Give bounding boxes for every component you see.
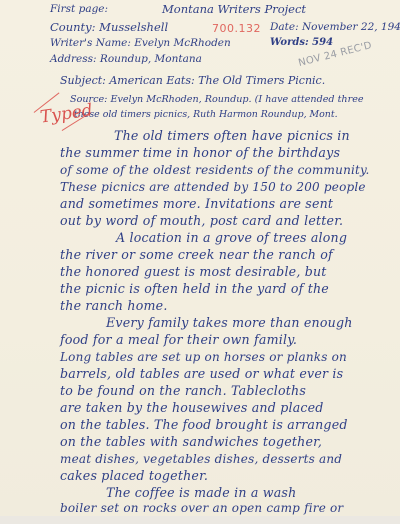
body-line: on the tables with sandwiches together,	[60, 436, 322, 449]
manuscript-page: First page: Montana Writers Project Coun…	[0, 0, 400, 524]
body-line: meat dishes, vegetables dishes, desserts…	[60, 453, 342, 465]
typed-margin-mark: Typed	[39, 100, 94, 127]
body-line: the river or some creek near the ranch o…	[60, 249, 333, 262]
body-line: on the tables. The food brought is arran…	[60, 419, 348, 432]
address-field: Address: Roundup, Montana	[50, 54, 202, 65]
body-line: Long tables are set up on horses or plan…	[60, 351, 347, 363]
body-line: The old timers often have picnics in	[114, 130, 350, 143]
body-line: and sometimes more. Invitations are sent	[60, 198, 333, 211]
body-line: A location in a grove of trees along	[116, 232, 347, 245]
body-line: of some of the oldest residents of the c…	[60, 164, 369, 176]
body-line: Every family takes more than enough	[106, 317, 353, 330]
subject-field: Subject: American Eats: The Old Timers P…	[60, 75, 325, 86]
page-label: First page:	[50, 4, 108, 15]
body-line: the picnic is often held in the yard of …	[60, 283, 329, 296]
body-line: out by word of mouth, post card and lett…	[60, 215, 343, 228]
body-line: the summer time in honor of the birthday…	[60, 147, 340, 160]
body-line: food for a meal for their own family.	[60, 334, 297, 347]
body-line: are taken by the housewives and placed	[60, 402, 324, 415]
writer-name-field: Writer's Name: Evelyn McRhoden	[50, 38, 231, 49]
page-bottom-edge	[0, 516, 400, 524]
body-line: barrels, old tables are used or what eve…	[60, 368, 343, 381]
word-count-field: Words: 594	[270, 38, 333, 48]
source-line-2: these old timers picnics, Ruth Harmon Ro…	[74, 110, 338, 119]
body-line: These picnics are attended by 150 to 200…	[60, 181, 366, 193]
date-field: Date: November 22, 1941	[270, 22, 400, 33]
body-line: The coffee is made in a wash	[106, 487, 296, 500]
body-line: the ranch home.	[60, 300, 168, 313]
file-number: 700.132	[212, 22, 261, 35]
body-line: to be found on the ranch. Tablecloths	[60, 385, 306, 398]
body-line: cakes placed together.	[60, 470, 208, 483]
project-title: Montana Writers Project	[162, 4, 306, 16]
source-line-1: Source: Evelyn McRhoden, Roundup. (I hav…	[70, 95, 364, 105]
county-field: County: Musselshell	[50, 22, 168, 34]
body-line: boiler set on rocks over an open camp fi…	[60, 502, 343, 514]
body-line: the honored guest is most desirable, but	[60, 266, 327, 279]
